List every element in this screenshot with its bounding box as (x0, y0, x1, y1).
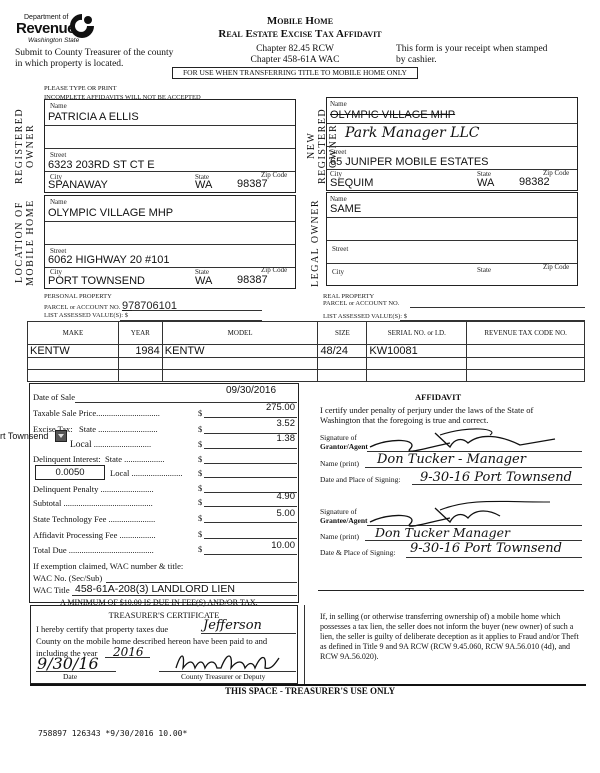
cell-serial[interactable] (367, 370, 467, 382)
registered-owner-street[interactable]: 6323 203RD ST CT E (48, 159, 155, 171)
cell-make[interactable] (28, 370, 119, 382)
form-title: Mobile Home Real Estate Excise Tax Affid… (180, 15, 420, 41)
col-size: SIZE (318, 322, 367, 345)
cell-make[interactable] (28, 358, 119, 370)
real-property-parcel: REAL PROPERTY PARCEL or ACCOUNT NO. (323, 293, 583, 307)
cell-size[interactable]: 48/24 (318, 345, 367, 358)
registered-owner-zip[interactable]: 98387 (237, 178, 268, 190)
treasurer-signature[interactable] (171, 648, 281, 674)
location-box: Name OLYMPIC VILLAGE MHP Street 6062 HIG… (44, 195, 296, 289)
col-make: MAKE (28, 322, 119, 345)
submit-note: Submit to County Treasurer of the county… (15, 48, 173, 70)
cell-year[interactable] (118, 358, 162, 370)
tax-lien-warning: If, in selling (or otherwise transferrin… (320, 612, 585, 662)
location-side-label: LOCATION OFMOBILE HOME (14, 195, 36, 290)
real-assessed-label: LIST ASSESSED VALUE(S): $ (323, 313, 407, 320)
cell-size[interactable] (318, 358, 367, 370)
cell-year[interactable]: 1984 (118, 345, 162, 358)
cell-serial[interactable]: KW10081 (367, 345, 467, 358)
cell-size[interactable] (318, 370, 367, 382)
legal-owner-side-label: LEGAL OWNER (310, 195, 321, 290)
col-revenue-code: REVENUE TAX CODE NO. (467, 322, 585, 345)
taxable-sale-price[interactable]: 275.00 (225, 402, 295, 413)
subtotal[interactable]: 4.90 (225, 491, 295, 502)
cell-year[interactable] (118, 370, 162, 382)
location-street[interactable]: 6062 HIGHWAY 20 #101 (48, 254, 169, 266)
cell-serial[interactable] (367, 358, 467, 370)
cell-model[interactable] (162, 370, 318, 382)
mobile-home-table: MAKE YEAR MODEL SIZE SERIAL NO. or I.D. … (27, 321, 585, 382)
location-city[interactable]: PORT TOWNSEND (48, 275, 145, 287)
excise-state[interactable]: 3.52 (225, 418, 295, 429)
new-owner-state[interactable]: WA (477, 177, 494, 189)
use-banner: FOR USE WHEN TRANSFERRING TITLE TO MOBIL… (172, 67, 418, 79)
table-row (28, 370, 585, 382)
treasurer-certificate-box: TREASURER'S CERTIFICATE I hereby certify… (30, 605, 298, 685)
receipt-note: This form is your receipt when stamped b… (396, 44, 547, 66)
cell-model[interactable]: KENTW (162, 345, 318, 358)
cell-model[interactable] (162, 358, 318, 370)
new-owner-zip[interactable]: 98382 (519, 176, 550, 188)
cashier-stamp: 758897 126343 *9/30/2016 10.00* (38, 729, 187, 738)
personal-assessed-label: LIST ASSESSED VALUE(S): $ (44, 312, 128, 319)
cell-revenue-code[interactable] (467, 345, 585, 358)
affidavit-text: I certify under penalty of perjury under… (320, 405, 533, 425)
interest-rate-box[interactable]: 0.0050 (35, 465, 105, 480)
col-serial: SERIAL NO. or I.D. (367, 322, 467, 345)
treasurer-year[interactable]: 2016 (113, 645, 144, 659)
cell-revenue-code[interactable] (467, 370, 585, 382)
new-owner-city[interactable]: SEQUIM (330, 177, 373, 189)
grantor-name[interactable]: Don Tucker - Manager (377, 452, 526, 467)
registered-owner-side-label: REGISTEREDOWNER (14, 98, 36, 193)
local-jurisdiction-select[interactable]: rt Townsend (0, 431, 48, 441)
location-zip[interactable]: 98387 (237, 274, 268, 286)
date-of-sale[interactable]: 09/30/2016 (226, 385, 276, 396)
tax-calculation-box: Date of Sale 09/30/2016 Taxable Sale Pri… (29, 383, 299, 603)
treasurer-date[interactable]: 9/30/16 (37, 654, 99, 673)
legal-owner-box: Name SAME Street City State Zip Code (326, 192, 578, 286)
location-name[interactable]: OLYMPIC VILLAGE MHP (48, 207, 173, 219)
total-due[interactable]: 10.00 (225, 540, 295, 551)
treasurer-use-label: THIS SPACE - TREASURER'S USE ONLY (225, 686, 395, 696)
new-owner-box: Name OLYMPIC VILLAGE MHP Park Manager LL… (326, 97, 578, 191)
grantee-name[interactable]: Don Tucker Manager (375, 525, 510, 540)
legal-owner-name[interactable]: SAME (330, 203, 361, 215)
grantor-date-place[interactable]: 9-30-16 Port Townsend (420, 470, 572, 485)
location-state[interactable]: WA (195, 275, 212, 287)
new-owner-name-struck[interactable]: OLYMPIC VILLAGE MHP (330, 109, 455, 121)
new-owner-street[interactable]: 65 JUNIPER MOBILE ESTATES (330, 156, 489, 168)
dor-swirl-icon (68, 12, 96, 40)
registered-owner-state[interactable]: WA (195, 179, 212, 191)
registered-owner-city[interactable]: SPANAWAY (48, 179, 108, 191)
logo-revenue-text: Revenue (16, 20, 75, 37)
registered-owner-box: Name PATRICIA A ELLIS Street 6323 203RD … (44, 99, 296, 193)
real-parcel-line[interactable] (410, 307, 585, 308)
cell-revenue-code[interactable] (467, 358, 585, 370)
treasurer-county[interactable]: Jefferson (203, 618, 262, 633)
new-owner-name-handwritten[interactable]: Park Manager LLC (345, 125, 480, 141)
chapter-refs: Chapter 82.45 RCW Chapter 458-61A WAC (235, 44, 355, 66)
excise-local[interactable]: 1.38 (225, 433, 295, 444)
registered-owner-name[interactable]: PATRICIA A ELLIS (48, 111, 139, 123)
dor-logo: Department of Revenue Washington State (16, 12, 92, 46)
table-row (28, 358, 585, 370)
wac-title[interactable]: 458-61A-208(3) LANDLORD LIEN (75, 583, 235, 595)
state-tech-fee[interactable]: 5.00 (225, 508, 295, 519)
cell-make[interactable]: KENTW (28, 345, 119, 358)
dropdown-arrow-icon[interactable] (55, 430, 67, 442)
col-model: MODEL (162, 322, 318, 345)
table-row: KENTW 1984 KENTW 48/24 KW10081 (28, 345, 585, 358)
affidavit-title: AFFIDAVIT (415, 392, 461, 402)
col-year: YEAR (118, 322, 162, 345)
grantee-date-place[interactable]: 9-30-16 Port Townsend (410, 541, 562, 556)
